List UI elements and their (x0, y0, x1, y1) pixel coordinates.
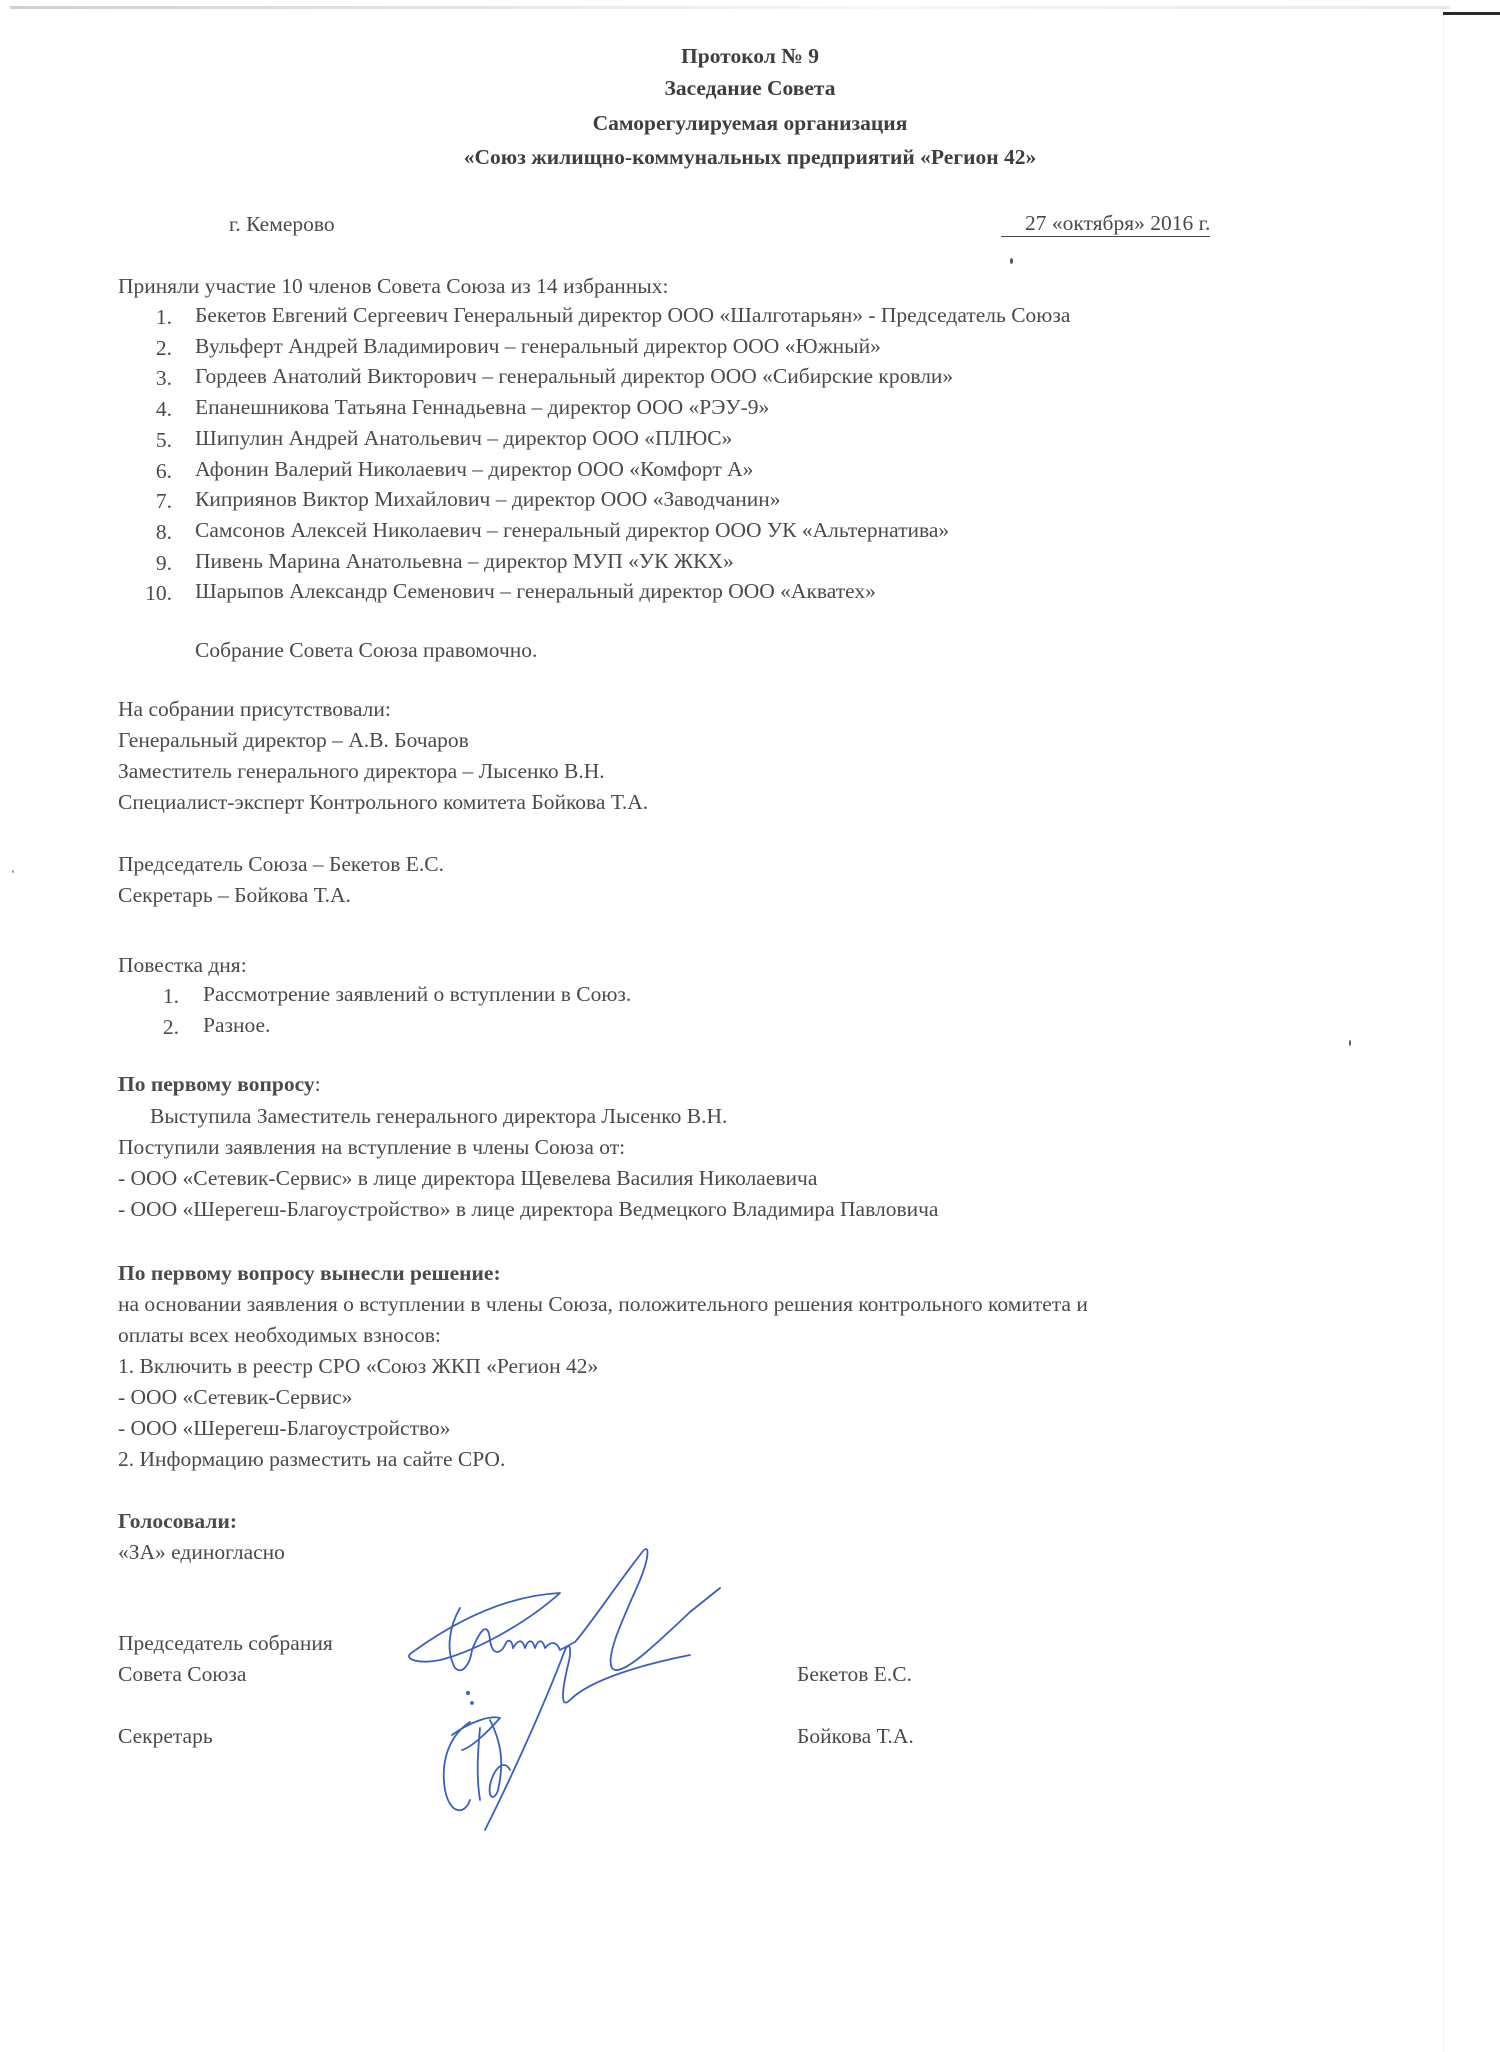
secretary-signature-icon (0, 0, 1500, 2052)
